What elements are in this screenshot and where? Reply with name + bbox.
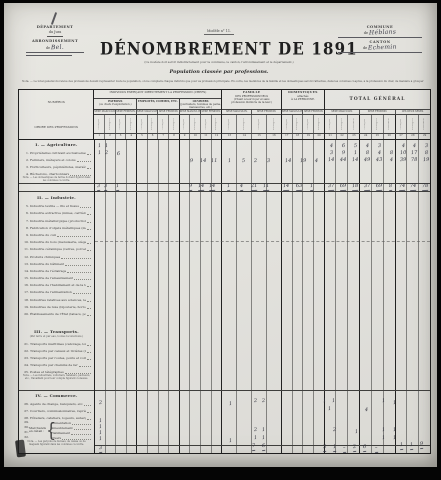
profession-number: 5. [22,204,29,208]
column-label-row: FrançaisÉtrangersEnsembleFrançaisÉtrange… [325,115,430,134]
profession-label: Industrie de l'ameublement [30,276,73,280]
column-label: Français [162,119,164,130]
data-column [212,140,222,453]
profession-label: Industrie extractive (mines, carrières, … [30,211,86,215]
stub-body: I. — Agriculture.1.Propriétaires cultiva… [19,140,95,453]
ink-smudge [51,12,57,25]
profession-row: 4.Bûcherons, charbonniers [19,169,94,176]
data-column [180,140,191,453]
dotted-leader [87,357,91,361]
profession-row: 20.Établissements de l'État (tabacs, pou… [19,309,94,316]
dotted-leader [71,432,91,436]
dotted-leader [67,269,91,273]
profession-number: 11. [22,247,29,251]
group-title: TOTAL GÉNÉRAL [325,90,430,110]
population-heading: Population classée par professions. [100,69,338,75]
column-label: Ensemble [353,118,355,130]
column-label-cell: Ensemble [384,115,396,133]
dotted-leader [87,241,91,245]
column-label: Ensemble [423,118,425,130]
dotted-leader [61,255,91,259]
column-number: 24 [360,134,372,139]
column-number: 2 [105,134,116,139]
column-number: 16 [267,134,281,139]
commune-handwritten: Héblans [369,29,396,37]
column-label: Étrangers [412,118,414,130]
column-number-row: 13141516 [222,134,281,139]
column-label-cell: Français [158,115,169,133]
profession-row: 6.Industrie extractive (mines, carrières… [19,208,94,215]
stub-header-line: NUMÉROS [48,100,65,104]
photo-background: DÉPARTEMENT du Jura ARRONDISSEMENT de Be… [0,0,441,480]
data-column [148,140,159,453]
dotted-leader [87,284,91,288]
dotted-leader [72,422,91,426]
canton-handwritten: Echemin [368,44,397,52]
group-title: DOMESTIQUESattachésÀ LA PERSONNE. [282,90,324,110]
sex-label: SEXE FÉMININ. [303,110,323,114]
data-column [137,140,148,453]
column-number: 1 [94,134,105,139]
profession-label: Industrie céramique (verres, porcelaines… [30,247,86,251]
column-label-cell: Étrangers [407,115,419,133]
sex-label: SEXE FÉMININ. [252,110,281,114]
column-label-row: FrançaisÉtrangersFrançaisÉtrangers [222,115,281,134]
profession-number: 13. [22,262,29,266]
column-label-row: FrançaisÉtrangersFrançaisÉtrangers [282,115,324,134]
profession-number: 3. [22,165,29,169]
column-number-row: 17181920 [282,134,324,139]
column-label-cell: Français [303,115,314,133]
data-column [303,140,314,453]
column-label: Français [307,119,309,130]
column-label: Ensemble [388,118,390,130]
dotted-leader [87,212,91,216]
column-number: 23 [348,134,360,139]
sex-label: SEXE MASCULIN. [325,110,360,114]
marchands-row: Habillement [50,430,94,435]
column-label-cell: Étrangers [148,115,159,133]
data-column [314,140,324,453]
profession-label: Transports par routes, ponts et voitures [30,356,86,360]
column-label: Français [286,119,288,130]
column-label-cell: Français [94,115,105,133]
rule-line [95,445,430,446]
profession-row: 7.Industrie métallurgique (production de… [19,215,94,222]
column-number-row: 212223242526272829 [325,134,430,139]
data-column [252,140,267,453]
profession-row: 3.Horticulteurs, pépiniéristes, maraîche… [19,162,94,169]
column-label-cell: Français [325,115,337,133]
column-number: 12 [212,134,222,139]
profession-row: 1.Propriétaires cultivant exclusivement … [19,148,94,155]
dotted-leader [87,152,91,156]
dotted-leader [84,403,91,407]
profession-number: 26. [22,402,29,406]
profession-number: 2. [22,158,29,162]
dotted-leader [87,298,91,302]
canton-entry: de Echemin [334,44,426,51]
census-sheet: DÉPARTEMENT du Jura ARRONDISSEMENT de Be… [4,3,437,467]
dotted-leader [87,350,91,354]
column-label: Étrangers [215,118,217,130]
column-number: 19 [303,134,314,139]
column-number: 28 [407,134,419,139]
subgroup-title: PATRONS(ou chefs d'exploitation.) [94,99,137,109]
sex-label: SEXE MASCULIN. [180,110,201,114]
column-label: Français [98,119,100,130]
section-heading: I. — Agriculture. [19,140,94,148]
profession-number: 19. [22,305,29,309]
column-number: 18 [293,134,304,139]
marchands-group: 29.30.31.32.Marchands en détail :{Alimen… [19,420,94,440]
column-label-cell: Étrangers [212,115,222,133]
marchands-row: Ameublement [50,425,94,430]
dotted-leader [87,313,91,317]
column-label-cell: Français [137,115,148,133]
data-column [127,140,138,453]
subgroup-title: OUVRIERS(journaliers, hommes de peine, m… [180,99,222,109]
column-number: 27 [396,134,408,139]
column-label-cell: Français [282,115,293,133]
profession-label: Produits chimiques [30,255,60,259]
column-label-cell: Français [222,115,237,133]
data-column [407,140,419,453]
profession-row: 13.Industrie du bâtiment [19,259,94,266]
profession-label: Propriétaires cultivant exclusivement le… [30,151,86,155]
data-column [336,140,348,453]
data-column [237,140,252,453]
subgroup-title: EMPLOYÉS, COMMIS, ETC. [137,99,180,109]
profession-row: 28.Hôteliers, cafetiers, logeurs, auberg… [19,413,94,420]
profession-row: 8.Fabrication d'objets métalliques (méta… [19,223,94,230]
data-column [419,140,430,453]
department-block: DÉPARTEMENT du Jura ARRONDISSEMENT de Be… [22,25,88,56]
column-label-cell: Français [180,115,191,133]
column-label: Étrangers [151,118,153,130]
data-column [360,140,372,453]
subgroup-sublabel: (journaliers, hommes de peine, manœuvres… [180,103,222,109]
column-group-total: TOTAL GÉNÉRALSEXE MASCULIN.SEXE FÉMININ.… [325,90,430,139]
column-label-cell: Français [252,115,267,133]
profession-row: 14.Industrie de l'éclairage [19,266,94,273]
column-number: 4 [126,134,137,139]
page-title: DÉNOMBREMENT DE 1891 [100,39,338,59]
column-group-famille: FAMILLEDES PROFESSIONNELS(Vivant à leur … [222,90,282,139]
subgroup-label: EMPLOYÉS, COMMIS, ETC. [137,100,179,103]
data-columns-domestiques [282,140,325,453]
column-label-cell: Français [396,115,408,133]
profession-row: 9.Industrie du cuir [19,230,94,237]
marchands-label: Marchands en détail : [29,427,46,434]
column-label-cell: Français [360,115,372,133]
profession-row: 23.Transports par routes, ponts et voitu… [19,353,94,360]
column-label-cell: Français [116,115,127,133]
data-columns-famille [222,140,282,453]
profession-row: 18.Industries relatives aux sciences, le… [19,294,94,301]
column-label-cell: Étrangers [105,115,116,133]
column-group-domestiques: DOMESTIQUESattachésÀ LA PERSONNE.SEXE MA… [282,90,325,139]
profession-row: 16.Industrie de l'habillement et de la t… [19,280,94,287]
table-header: NUMÉROSORDRE DES PROFESSIONSINDIVIDUS EX… [19,90,430,140]
group-title: FAMILLEDES PROFESSIONNELS(Vivant à leur … [222,90,281,110]
profession-label: Fermiers, métayers et colons [30,158,76,162]
column-number: 3 [116,134,127,139]
data-column [116,140,127,453]
section-2: II. — Industrie.5.Industrie textile — fi… [19,193,94,327]
profession-label: Transports par canaux et rivières (marin… [30,349,86,353]
column-label: Étrangers [296,118,298,130]
profession-number: 7. [22,219,29,223]
profession-number: 21. [22,342,29,346]
profession-label: Établissements de l'État (tabacs, poudre… [30,312,86,316]
profession-number: 27. [22,409,29,413]
data-column [396,140,408,453]
profession-row: 21.Transports maritimes (cabotage, long … [19,339,94,346]
section-heading: II. — Industrie. [19,193,94,201]
profession-label: Industrie de l'alimentation [30,290,72,294]
profession-label: Industrie de l'éclairage [30,269,66,273]
column-number: 10 [190,134,201,139]
marchands-items: AlimentationAmeublementHabillementDivers [50,420,94,440]
profession-label: Fabrication d'objets métalliques (métaux… [30,226,86,230]
profession-number: 16. [22,283,29,287]
column-label: Étrangers [194,118,196,130]
profession-label: Courtiers, commissionnaires, représentan… [30,409,86,413]
data-column [190,140,201,453]
departement-label: DÉPARTEMENT [22,25,88,29]
profession-number: 15. [22,276,29,280]
profession-row: 15.Industrie de l'ameublement [19,273,94,280]
column-number: 5 [137,134,148,139]
profession-label: Industries relatives aux sciences, lettr… [30,298,86,302]
arrondissement-handwritten: Bel. [51,44,64,51]
column-label: Français [364,119,366,130]
column-label-cell: Étrangers [190,115,201,133]
column-label: Français [228,119,230,130]
column-number: 20 [314,134,324,139]
column-label: Français [141,119,143,130]
section-nota: Nota. — Les garçons de bureau, de caisse… [19,440,94,448]
model-number: Modèle n° 11. [204,29,234,35]
section-heading: III. — Transports. [19,327,94,335]
profession-label: Industrie du bois (menuiserie, sièges, v… [30,240,86,244]
profession-label: Horticulteurs, pépiniéristes, maraîchers [30,165,86,169]
data-column [293,140,304,453]
profession-number: 14. [22,269,29,273]
column-label-row: FrançaisÉtrangersFrançaisÉtrangersFrança… [94,115,221,134]
profession-number: 20. [22,312,29,316]
profession-row: 11.Industrie céramique (verres, porcelai… [19,244,94,251]
handwritten-rule [26,55,72,56]
dotted-leader [87,343,91,347]
column-label-cell: Étrangers [314,115,324,133]
profession-label: Industrie métallurgique (production des … [30,219,86,223]
column-label: Étrangers [130,118,132,130]
data-column [384,140,396,453]
profession-row: 27.Courtiers, commissionnaires, représen… [19,406,94,413]
rule-line [95,241,430,242]
column-label-cell: Étrangers [267,115,281,133]
sex-label: SEXE FÉMININ. [360,110,395,114]
profession-label: Agents de change, banquiers, etc. [30,402,83,406]
dotted-leader [65,262,91,266]
dotted-leader [87,166,91,170]
arrondissement-prefix: de [46,46,50,50]
dotted-leader [77,159,91,163]
profession-label: Industrie du bâtiment [30,262,64,266]
data-column [95,140,106,453]
column-group-individus: INDIVIDUS EXERÇANT DIRECTEMENT LA PROFES… [94,90,222,139]
column-number: 25 [372,134,384,139]
profession-number: 17. [22,290,29,294]
profession-number: 22. [22,349,29,353]
column-label-cell: Étrangers [169,115,180,133]
profession-number: 12. [22,255,29,259]
column-label: Français [183,119,185,130]
column-number: 29 [419,134,430,139]
section-heading: IV. — Commerce. [19,391,94,399]
column-number: 13 [222,134,237,139]
commune-prefix: de [364,31,368,35]
marchands-row: Alimentation [50,420,94,425]
column-number: 17 [282,134,293,139]
profession-label: Industrie textile — fils et tissus [30,204,79,208]
column-number: 11 [201,134,212,139]
profession-number: 10. [22,240,29,244]
section-nota: Nota. — Les industriels, voituriers, bat… [19,374,94,382]
column-number: 22 [337,134,349,139]
data-column [159,140,170,453]
data-columns-individus [95,140,222,453]
marchands-number: 32. [22,435,29,440]
column-label: Étrangers [318,118,320,130]
column-label: Français [329,119,331,130]
profession-row: 2.Fermiers, métayers et colons [19,155,94,162]
dotted-leader [74,277,91,281]
brace-glyph: { [46,418,50,443]
data-column [222,140,237,453]
departement-value: du Jura [22,30,88,34]
subgroup-row: PATRONS(ou chefs d'exploitation.)EMPLOYÉ… [94,99,221,110]
handwritten-rule [338,52,422,53]
commune-block: COMMUNE de Héblans CANTON de Echemin [334,23,426,53]
instructions-nota: Nota. — Le total général du relevé des p… [22,80,424,83]
group-title-line: À LA PERSONNE. [282,98,324,101]
profession-row: 19.Industries de luxe (bijouterie, horlo… [19,302,94,309]
column-number: 26 [384,134,396,139]
profession-number: 1. [22,151,29,155]
profession-number: 8. [22,226,29,230]
handwritten-rule [26,52,84,53]
divider [47,36,63,37]
subgroup-sublabel: (ou chefs d'exploitation.) [94,103,136,106]
title-block: Modèle n° 11. DÉNOMBREMENT DE 1891 (Ce m… [100,17,338,75]
sex-label: SEXE MASCULIN. [222,110,252,114]
column-number: 7 [158,134,169,139]
column-label: Étrangers [109,118,111,130]
sex-label: SEXE FÉMININ. [158,110,179,114]
profession-row: 5.Industrie textile — fils et tissus [19,201,94,208]
dotted-leader [87,248,91,252]
dotted-leader [87,219,91,223]
stub-header: NUMÉROSORDRE DES PROFESSIONS [19,90,94,139]
profession-label: Industries de luxe (bijouterie, horloger… [30,305,86,309]
sex-label: SEXE FÉMININ. [116,110,137,114]
column-number: 9 [180,134,191,139]
stub-header-line: ORDRE DES PROFESSIONS [34,125,78,129]
data-column [106,140,117,453]
column-label: Étrangers [341,118,343,130]
section-1: I. — Agriculture.1.Propriétaires cultiva… [19,140,94,193]
profession-row: 12.Produits chimiques [19,251,94,258]
profession-number: 9. [22,233,29,237]
column-label: Étrangers [173,118,175,130]
column-label-cell: Étrangers [337,115,349,133]
profession-row: 25.Postes et télégraphes [19,367,94,374]
column-label-cell: Étrangers [372,115,384,133]
dotted-leader [74,427,91,431]
profession-number: 6. [22,211,29,215]
dotted-leader [73,291,91,295]
column-label: Français [258,119,260,130]
section-nota: Nota. — Les domestiques de ferme doivent… [19,176,94,184]
column-label: Étrangers [376,118,378,130]
sex-label: SEXE MASCULIN. [282,110,303,114]
data-column [267,140,281,453]
sex-label: SEXE MASCULIN. [137,110,158,114]
data-column [372,140,384,453]
dotted-leader [87,410,91,414]
profession-label: Industrie de l'habillement et de la toil… [30,283,86,287]
section-3: III. — Transports.(Par terre et par eau,… [19,327,94,391]
column-label: Français [400,119,402,130]
dotted-leader [57,233,91,237]
column-number-row: 123456789101112 [94,134,221,139]
data-grid [95,140,430,453]
group-title: INDIVIDUS EXERÇANT DIRECTEMENT LA PROFES… [94,90,221,99]
column-label-cell: Français [201,115,212,133]
profession-row: 26.Agents de change, banquiers, etc. [19,399,94,406]
handwritten-rule [338,37,422,38]
column-number: 15 [252,134,267,139]
profession-label: Industrie du cuir [30,233,56,237]
group-title-line: TOTAL GÉNÉRAL [350,97,406,103]
column-label: Étrangers [243,118,245,130]
profession-number: 23. [22,356,29,360]
profession-row: 17.Industrie de l'alimentation [19,287,94,294]
profession-row: 24.Transports par chemins de fer [19,360,94,367]
column-label-cell: Étrangers [126,115,137,133]
title-subtitle: (Ce modèle doit servir indistinctement p… [100,60,338,64]
arrondissement-label: ARRONDISSEMENT [22,39,88,43]
column-label-cell: Ensemble [348,115,360,133]
profession-row: 22.Transports par canaux et rivières (ma… [19,346,94,353]
column-number: 14 [237,134,252,139]
column-label-cell: Étrangers [237,115,252,133]
data-columns-total [325,140,430,453]
dotted-leader [80,205,91,209]
column-label-cell: Ensemble [419,115,430,133]
professions-table: NUMÉROSORDRE DES PROFESSIONSINDIVIDUS EX… [18,89,431,454]
column-label-cell: Étrangers [293,115,304,133]
data-column [325,140,337,453]
data-column [348,140,360,453]
profession-label: Transports maritimes (cabotage, long cou… [30,342,86,346]
sex-label: LES DEUX SEXES. [396,110,430,114]
profession-label: Transports par chemins de fer [30,363,78,367]
table-body: I. — Agriculture.1.Propriétaires cultiva… [19,140,430,453]
